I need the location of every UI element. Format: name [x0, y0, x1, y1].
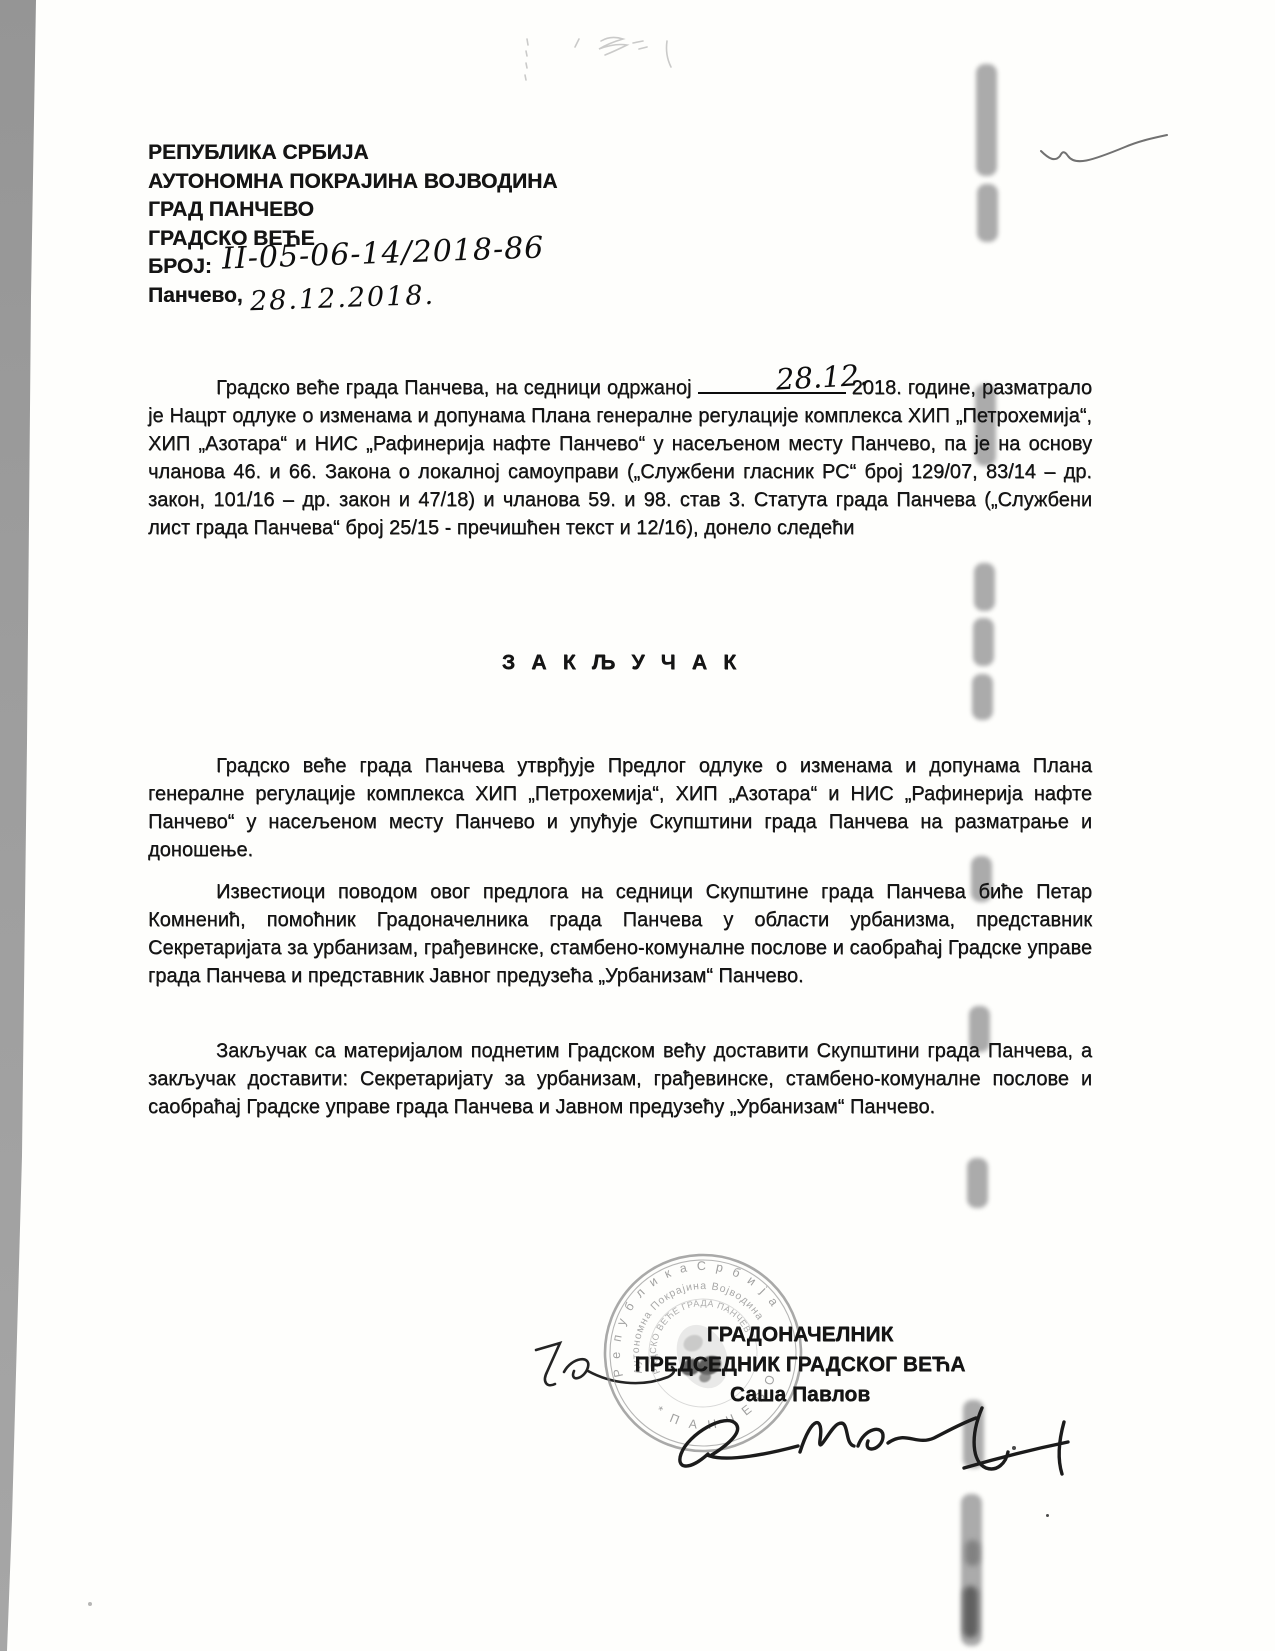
paragraph-distribution: Закључак са материјалом поднетим Градско…	[148, 1037, 1092, 1121]
org-line-city: ГРАД ПАНЧЕВО	[148, 196, 768, 225]
para1-after: 2018. године, разматрало је Нацрт одлуке…	[148, 377, 1092, 539]
handwritten-blank-date: 28.12.	[707, 361, 868, 397]
handwritten-date: 28.12.2018.	[250, 282, 436, 317]
pencil-smudge-marks	[515, 25, 695, 85]
band-segment	[976, 64, 997, 176]
band-dark-blotch	[965, 1540, 980, 1566]
band-segment	[967, 1158, 988, 1208]
scan-speck	[1046, 1514, 1049, 1517]
band-dark-blotch	[963, 1586, 978, 1638]
signature-title-president: ПРЕДСЕДНИК ГРАДСКОГ ВЕЋА	[606, 1350, 994, 1380]
band-segment	[977, 184, 998, 242]
band-segment	[974, 563, 995, 611]
header-block: РЕПУБЛИКА СРБИЈА АУТОНОМНА ПОКРАЈИНА ВОЈ…	[148, 139, 768, 310]
signature-title-mayor: ГРАДОНАЧЕЛНИК	[606, 1320, 994, 1350]
place-label: Панчево,	[148, 284, 243, 307]
org-line-republic: РЕПУБЛИКА СРБИЈА	[148, 139, 768, 168]
paragraph-session: Градско веће града Панчева, на седници о…	[148, 372, 1092, 542]
place-date-line: Панчево,	[148, 282, 768, 311]
scanned-document-page: РЕПУБЛИКА СРБИЈА АУТОНОМНА ПОКРАЈИНА ВОЈ…	[0, 0, 1275, 1651]
paragraph-rapporteurs: Известиоци поводом овог предлога на седн…	[148, 878, 1092, 990]
para1-lead: Градско веће града Панчева, на седници о…	[216, 377, 691, 399]
band-segment	[972, 674, 993, 720]
scan-speck	[88, 1602, 92, 1606]
pen-checkmark	[1035, 125, 1175, 175]
doc-number-label: БРОЈ:	[148, 255, 212, 278]
document-title: З А К Љ У Ч А К	[148, 650, 1092, 675]
org-line-province: АУТОНОМНА ПОКРАЈИНА ВОЈВОДИНА	[148, 168, 768, 197]
signature-handwriting	[668, 1396, 1118, 1501]
date-blank-underline: 28.12.	[698, 372, 846, 394]
left-edge-scan-shadow	[0, 0, 40, 1651]
paragraph-proposal: Градско веће града Панчева утврђује Пред…	[148, 752, 1092, 864]
